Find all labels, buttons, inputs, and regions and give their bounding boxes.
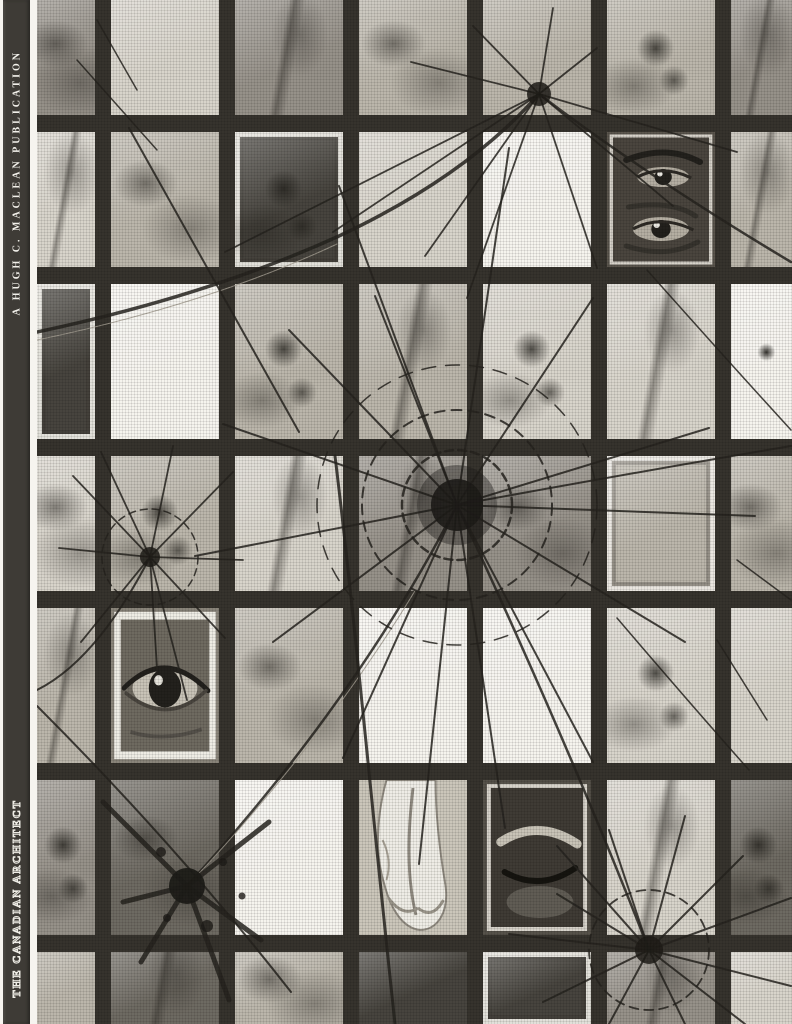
publication-label: A HUGH C. MACLEAN PUBLICATION: [11, 50, 22, 315]
spine: A HUGH C. MACLEAN PUBLICATION THE CANADI…: [3, 0, 30, 1024]
magazine-cover: A HUGH C. MACLEAN PUBLICATION THE CANADI…: [0, 0, 792, 1024]
magazine-title: THE CANADIAN ARCHITECT: [11, 799, 23, 998]
glass-cracks-overlay: [37, 0, 792, 1024]
shattered-glass-photo-collage: [37, 0, 792, 1024]
